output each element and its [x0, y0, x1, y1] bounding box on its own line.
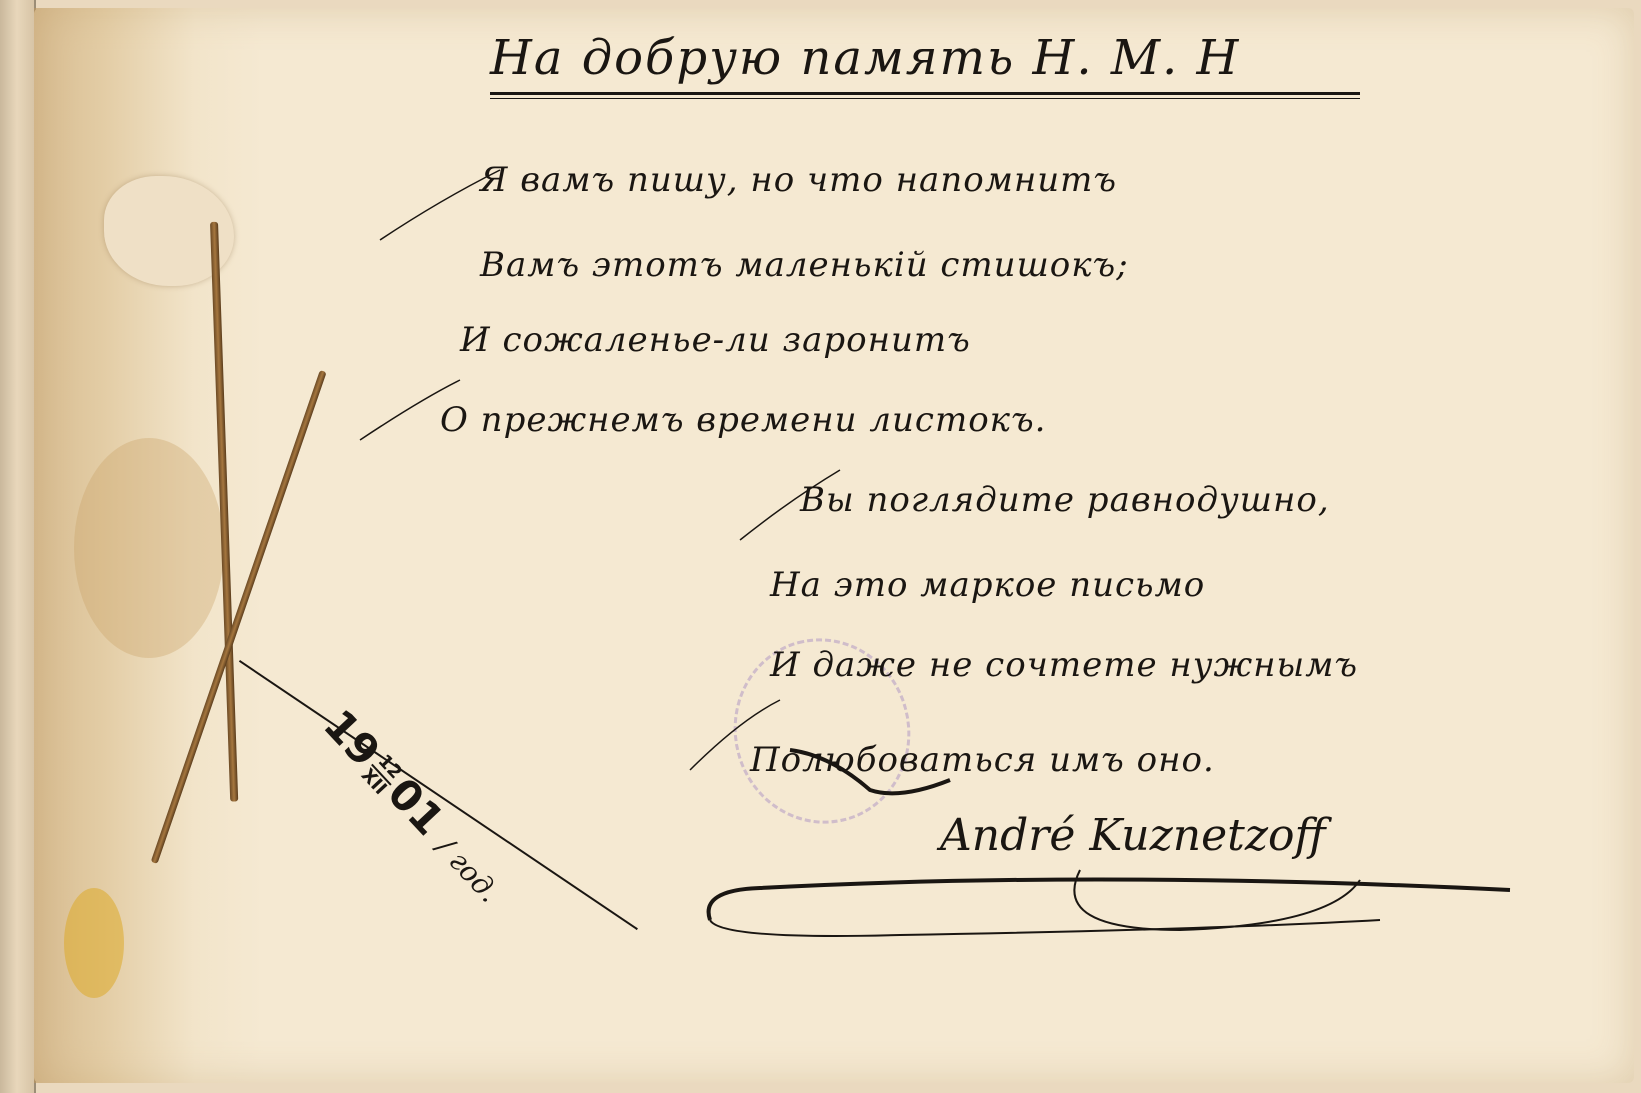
pen-flourishes: [0, 0, 1641, 1093]
scanned-album-spread: На добрую память Н. М. Н Я вамъ пишу, но…: [0, 0, 1641, 1093]
